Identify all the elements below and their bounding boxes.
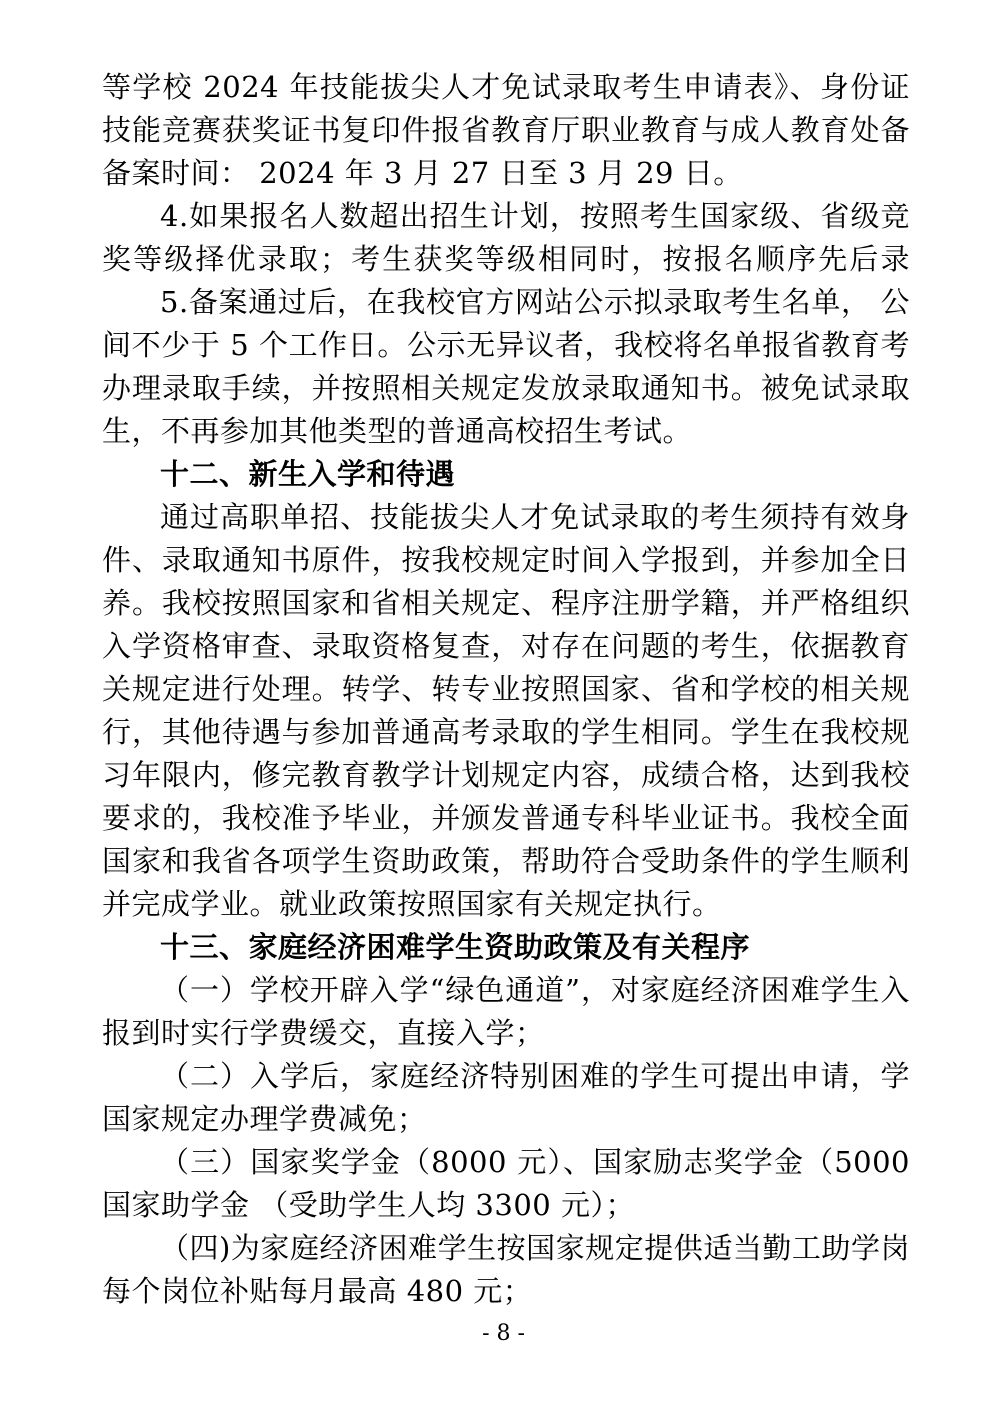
text-line: 生，不再参加其他类型的普通高校招生考试。 <box>102 410 910 453</box>
section-heading: 十三、家庭经济困难学生资助政策及有关程序 <box>102 926 910 969</box>
text-line: 奖等级择优录取；考生获奖等级相同时，按报名顺序先后录取。 <box>102 238 910 281</box>
section-heading: 十二、新生入学和待遇 <box>102 453 910 496</box>
text-line: 5.备案通过后，在我校官方网站公示拟录取考生名单， 公示时 <box>102 281 910 324</box>
text-line: 要求的，我校准予毕业，并颁发普通专科毕业证书。我校全面落实 <box>102 797 910 840</box>
document-page: 等学校 2024 年技能拔尖人才免试录取考生申请表》、身份证复印件、技能竞赛获奖… <box>0 0 1007 1421</box>
text-line: （四)为家庭经济困难学生按国家规定提供适当勤工助学岗位， <box>102 1227 910 1270</box>
text-line: 关规定进行处理。转学、转专业按照国家、省和学校的相关规定执 <box>102 668 910 711</box>
text-line: 通过高职单招、技能拔尖人才免试录取的考生须持有效身份证 <box>102 496 910 539</box>
text-line: 4.如果报名人数超出招生计划，按照考生国家级、省级竞赛获 <box>102 195 910 238</box>
text-line: 养。我校按照国家和省相关规定、程序注册学籍，并严格组织新生 <box>102 582 910 625</box>
text-line: 间不少于 5 个工作日。公示无异议者，我校将名单报省教育考试院 <box>102 324 910 367</box>
text-line: 行，其他待遇与参加普通高考录取的学生相同。学生在我校规定学 <box>102 711 910 754</box>
page-footer: - 8 - <box>0 1320 1007 1348</box>
text-line: 国家和我省各项学生资助政策，帮助符合受助条件的学生顺利入学 <box>102 840 910 883</box>
document-body: 等学校 2024 年技能拔尖人才免试录取考生申请表》、身份证复印件、技能竞赛获奖… <box>102 66 910 1313</box>
text-line: 技能竞赛获奖证书复印件报省教育厅职业教育与成人教育处备案， <box>102 109 910 152</box>
text-line: 件、录取通知书原件，按我校规定时间入学报到，并参加全日制培 <box>102 539 910 582</box>
text-line: （一）学校开辟入学“绿色通道”，对家庭经济困难学生入学 <box>102 969 910 1012</box>
text-line: 等学校 2024 年技能拔尖人才免试录取考生申请表》、身份证复印件、 <box>102 66 910 109</box>
text-line: 习年限内，修完教育教学计划规定内容，成绩合格，达到我校毕业 <box>102 754 910 797</box>
text-line: 办理录取手续，并按照相关规定发放录取通知书。被免试录取的考 <box>102 367 910 410</box>
text-line: 入学资格审查、录取资格复查，对存在问题的考生，依据教育部有 <box>102 625 910 668</box>
text-line: 报到时实行学费缓交，直接入学； <box>102 1012 910 1055</box>
text-line: （三）国家奖学金（8000 元）、国家励志奖学金（5000 元）、 <box>102 1141 910 1184</box>
text-line: 每个岗位补贴每月最高 480 元； <box>102 1270 910 1313</box>
text-line: 国家规定办理学费减免； <box>102 1098 910 1141</box>
text-line: 国家助学金 （受助学生人均 3300 元）； <box>102 1184 910 1227</box>
page-number: - 8 - <box>482 1321 525 1346</box>
text-line: 备案时间： 2024 年 3 月 27 日至 3 月 29 日。 <box>102 152 910 195</box>
text-line: （二）入学后，家庭经济特别困难的学生可提出申请，学校按 <box>102 1055 910 1098</box>
text-line: 并完成学业。就业政策按照国家有关规定执行。 <box>102 883 910 926</box>
